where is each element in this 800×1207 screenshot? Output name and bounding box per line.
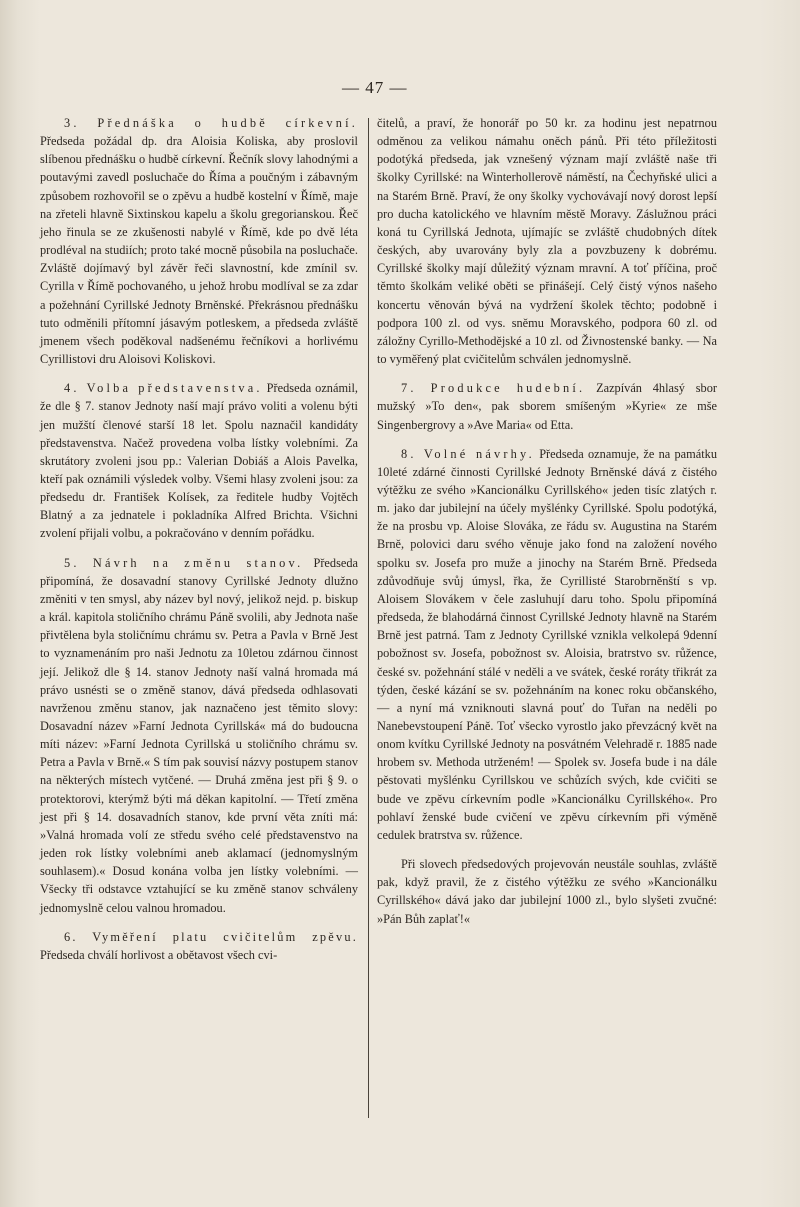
section-body: Předseda připomíná, že dosavadní stanovy… <box>40 556 358 915</box>
page-number: — 47 — <box>0 78 800 98</box>
section-body: Předseda chválí horlivost a obětavost vš… <box>40 948 277 962</box>
closing-paragraph: Při slovech předsedových projevován neus… <box>377 855 717 928</box>
section-body: Předseda oznámil, že dle § 7. stanov Jed… <box>40 381 358 540</box>
section-6-continued: čitelů, a praví, že honorář po 50 kr. za… <box>377 114 717 368</box>
section-6: 6. Vyměření platu cvičitelům zpěvu. Před… <box>40 928 358 964</box>
section-4: 4. Volba představenstva. Předseda oznámi… <box>40 379 358 542</box>
left-column: 3. Přednáška o hudbě církevní. Předseda … <box>40 114 368 1118</box>
section-heading: 7. Produkce hudební. <box>401 381 585 395</box>
section-heading: 3. Přednáška o hudbě církevní. <box>64 116 358 130</box>
section-8: 8. Volné návrhy. Předseda oznamuje, že n… <box>377 445 717 844</box>
section-body: Předseda oznamuje, že na památku 10leté … <box>377 447 717 842</box>
section-body: čitelů, a praví, že honorář po 50 kr. za… <box>377 116 717 366</box>
two-column-body: 3. Přednáška o hudbě církevní. Předseda … <box>40 114 760 1118</box>
section-heading: 8. Volné návrhy. <box>401 447 535 461</box>
right-column: čitelů, a praví, že honorář po 50 kr. za… <box>369 114 717 1118</box>
section-body: Předseda požádal dp. dra Aloisia Koliska… <box>40 134 358 366</box>
section-3: 3. Přednáška o hudbě církevní. Předseda … <box>40 114 358 368</box>
section-body: Při slovech předsedových projevován neus… <box>377 857 717 925</box>
section-heading: 6. Vyměření platu cvičitelům zpěvu. <box>64 930 358 944</box>
section-heading: 4. Volba představenstva. <box>64 381 263 395</box>
section-5: 5. Návrh na změnu stanov. Předseda připo… <box>40 554 358 917</box>
section-heading: 5. Návrh na změnu stanov. <box>64 556 303 570</box>
section-7: 7. Produkce hudební. Zazpíván 4hlasý sbo… <box>377 379 717 433</box>
